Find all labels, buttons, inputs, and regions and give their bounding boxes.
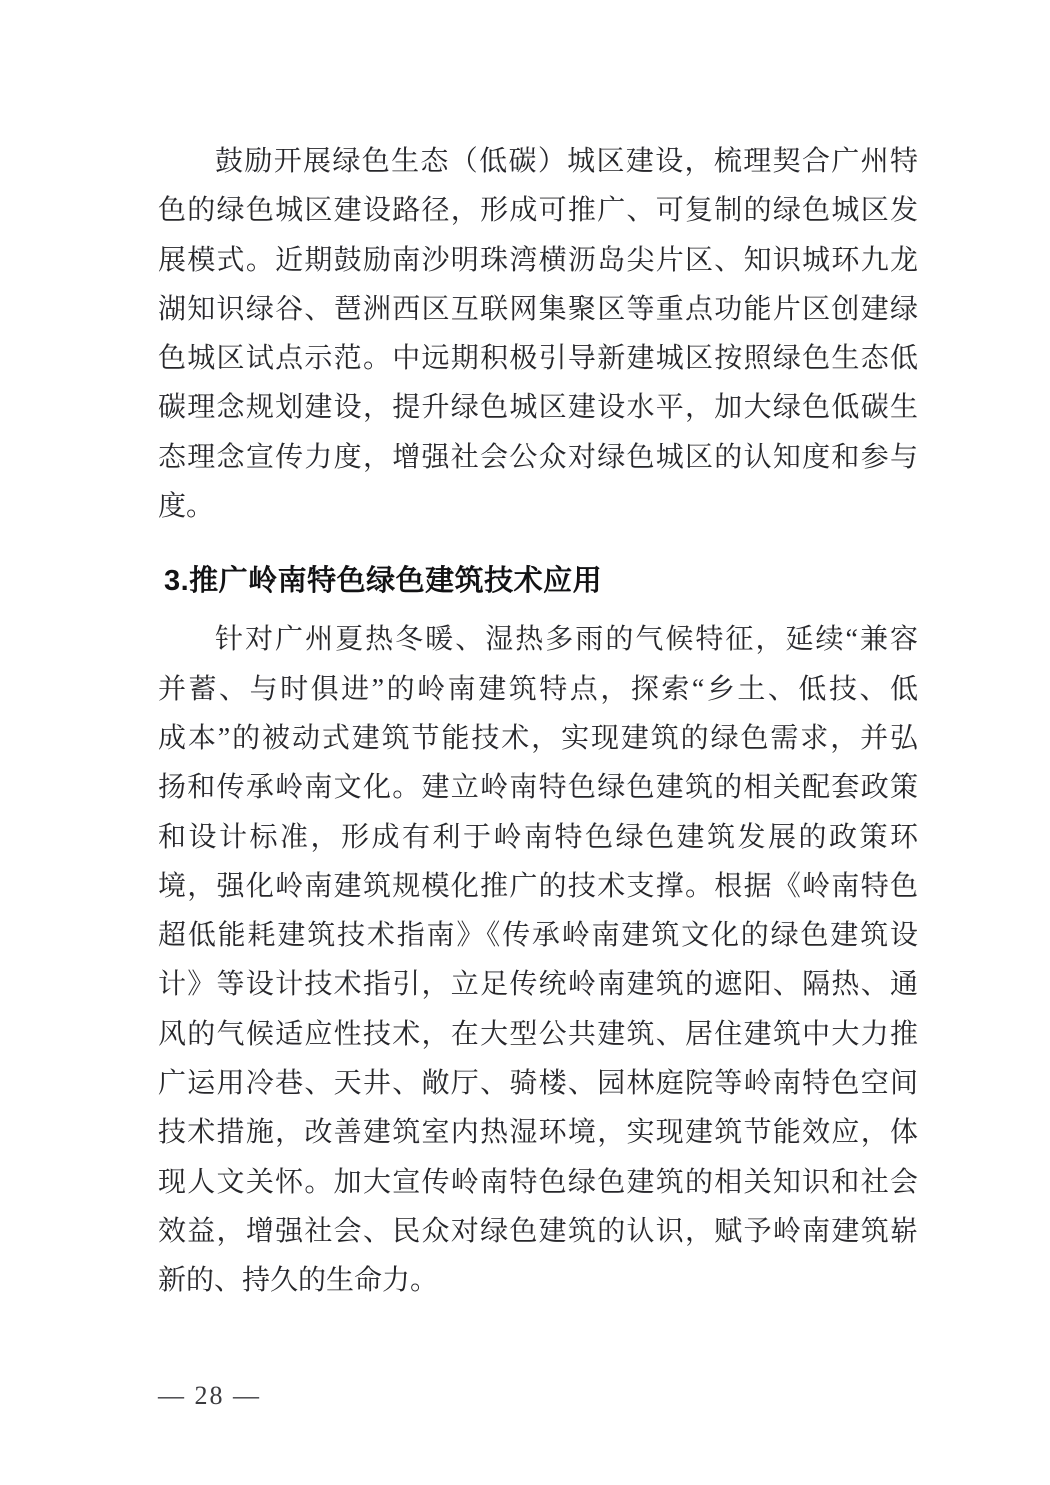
document-page: 鼓励开展绿色生态（低碳）城区建设，梳理契合广州特色的绿色城区建设路径，形成可推广… [0, 0, 1050, 1485]
text-line: 和设计标准，形成有利于岭南特色绿色建筑发展的政策环 [158, 813, 918, 862]
page-number: — 28 — [158, 1381, 261, 1411]
text-line: 超低能耗建筑技术指南》《传承岭南建筑文化的绿色建筑设 [158, 911, 918, 960]
text-line: 展模式。近期鼓励南沙明珠湾横沥岛尖片区、知识城环九龙 [158, 236, 918, 285]
text-line: 湖知识绿谷、琶洲西区互联网集聚区等重点功能片区创建绿 [158, 285, 918, 334]
text-line: 计》等设计技术指引，立足传统岭南建筑的遮阳、隔热、通 [158, 960, 918, 1009]
text-line: 现人文关怀。加大宣传岭南特色绿色建筑的相关知识和社会 [158, 1158, 918, 1207]
text-line: 成本”的被动式建筑节能技术，实现建筑的绿色需求，并弘 [158, 714, 918, 763]
text-line: 并蓄、与时俱进”的岭南建筑特点，探索“乡土、低技、低 [158, 665, 918, 714]
text-line: 扬和传承岭南文化。建立岭南特色绿色建筑的相关配套政策 [158, 763, 918, 812]
page-content: 鼓励开展绿色生态（低碳）城区建设，梳理契合广州特色的绿色城区建设路径，形成可推广… [158, 137, 918, 1306]
text-line: 色城区试点示范。中远期积极引导新建城区按照绿色生态低 [158, 334, 918, 383]
text-line: 色的绿色城区建设路径，形成可推广、可复制的绿色城区发 [158, 186, 918, 235]
text-line: 效益，增强社会、民众对绿色建筑的认识，赋予岭南建筑崭 [158, 1207, 918, 1256]
text-line: 鼓励开展绿色生态（低碳）城区建设，梳理契合广州特 [158, 137, 918, 186]
text-line: 度。 [158, 482, 918, 531]
text-line: 新的、持久的生命力。 [158, 1256, 918, 1305]
text-line: 碳理念规划建设，提升绿色城区建设水平，加大绿色低碳生 [158, 383, 918, 432]
paragraph-green-district: 鼓励开展绿色生态（低碳）城区建设，梳理契合广州特色的绿色城区建设路径，形成可推广… [158, 137, 918, 531]
text-line: 针对广州夏热冬暖、湿热多雨的气候特征，延续“兼容 [158, 615, 918, 664]
text-line: 技术措施，改善建筑室内热湿环境，实现建筑节能效应，体 [158, 1108, 918, 1157]
paragraph-lingnan-green-building: 针对广州夏热冬暖、湿热多雨的气候特征，延续“兼容并蓄、与时俱进”的岭南建筑特点，… [158, 615, 918, 1305]
text-line: 境，强化岭南建筑规模化推广的技术支撑。根据《岭南特色 [158, 862, 918, 911]
text-line: 态理念宣传力度，增强社会公众对绿色城区的认知度和参与 [158, 433, 918, 482]
section-heading: 3.推广岭南特色绿色建筑技术应用 [158, 561, 918, 601]
text-line: 风的气候适应性技术，在大型公共建筑、居住建筑中大力推 [158, 1010, 918, 1059]
text-line: 广运用冷巷、天井、敞厅、骑楼、园林庭院等岭南特色空间 [158, 1059, 918, 1108]
